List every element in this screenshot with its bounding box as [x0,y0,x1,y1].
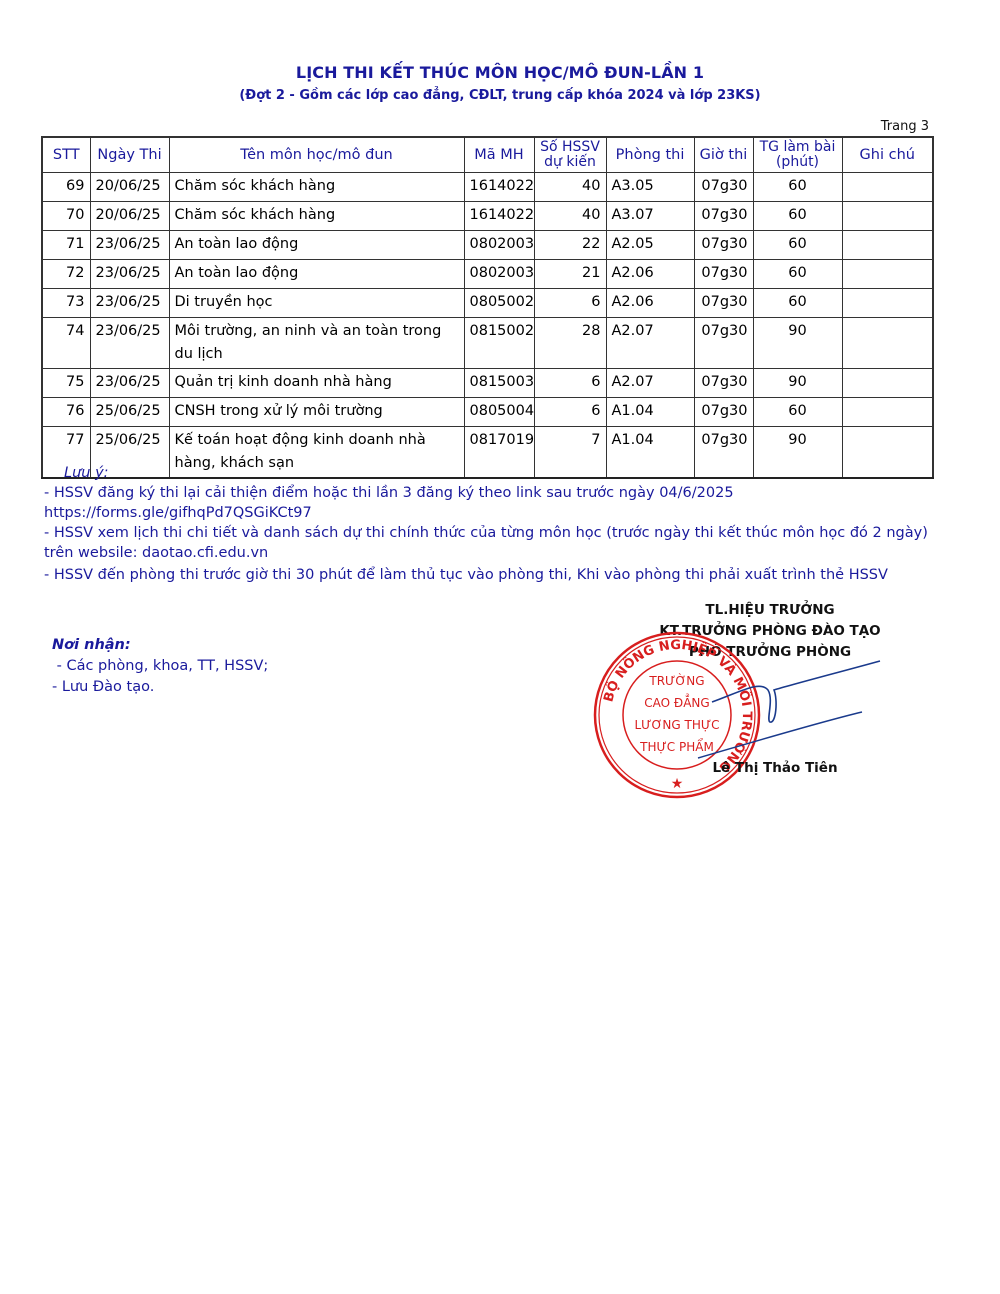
col-time: Giờ thi [694,137,753,173]
cell-duration: 60 [753,202,842,231]
recipients-section: Nơi nhận: - Các phòng, khoa, TT, HSSV; -… [52,635,268,698]
table-row: 7423/06/25Môi trường, an ninh và an toàn… [42,318,933,369]
cell-time: 07g30 [694,369,753,398]
cell-note [842,260,933,289]
cell-room: A2.05 [606,231,694,260]
cell-date: 23/06/25 [90,369,169,398]
col-room: Phòng thi [606,137,694,173]
notes-section: Lưu ý: - HSSV đăng ký thi lại cải thiện … [44,463,944,585]
cell-room: A3.07 [606,202,694,231]
svg-text:LƯƠNG THỰC: LƯƠNG THỰC [634,718,719,732]
cell-room: A2.07 [606,318,694,369]
cell-subject: An toàn lao động [169,231,464,260]
cell-students: 21 [534,260,606,289]
cell-subject: Chăm sóc khách hàng [169,202,464,231]
cell-date: 20/06/25 [90,173,169,202]
note-line-2: - HSSV xem lịch thi chi tiết và danh sác… [44,523,944,543]
cell-students: 40 [534,202,606,231]
cell-subject: An toàn lao động [169,260,464,289]
cell-stt: 71 [42,231,90,260]
note-line-3: - HSSV đến phòng thi trước giờ thi 30 ph… [44,565,944,585]
cell-stt: 72 [42,260,90,289]
note-line-1: - HSSV đăng ký thi lại cải thiện điểm ho… [44,483,944,503]
document-title: LỊCH THI KẾT THÚC MÔN HỌC/MÔ ĐUN-LẦN 1 [0,63,1000,82]
cell-subject: Môi trường, an ninh và an toàn trong du … [169,318,464,369]
cell-date: 25/06/25 [90,398,169,427]
cell-room: A1.04 [606,398,694,427]
cell-students: 28 [534,318,606,369]
cell-date: 23/06/25 [90,289,169,318]
recipient-item: - Các phòng, khoa, TT, HSSV; [52,656,268,677]
col-note: Ghi chú [842,137,933,173]
cell-students: 40 [534,173,606,202]
cell-duration: 60 [753,289,842,318]
registration-link[interactable]: https://forms.gle/gifhqPd7QSGiKCt97 [44,503,944,523]
cell-room: A2.07 [606,369,694,398]
cell-room: A2.06 [606,289,694,318]
col-duration: TG làm bài(phút) [753,137,842,173]
cell-students: 6 [534,369,606,398]
cell-time: 07g30 [694,260,753,289]
col-code: Mã MH [464,137,534,173]
cell-subject: Di truyền học [169,289,464,318]
cell-time: 07g30 [694,231,753,260]
cell-stt: 76 [42,398,90,427]
cell-subject: CNSH trong xử lý môi trường [169,398,464,427]
note-line-2-cont: trên websile: daotao.cfi.edu.vn [44,543,944,563]
cell-date: 23/06/25 [90,318,169,369]
cell-code: 0805004 [464,398,534,427]
cell-note [842,398,933,427]
signature-line-1: TL.HIỆU TRƯỞNG [620,600,920,621]
cell-room: A2.06 [606,260,694,289]
cell-code: 0805002 [464,289,534,318]
table-row: 7123/06/25An toàn lao động080200322A2.05… [42,231,933,260]
cell-date: 20/06/25 [90,202,169,231]
table-row: 7020/06/25Chăm sóc khách hàng161402240A3… [42,202,933,231]
cell-time: 07g30 [694,398,753,427]
table-row: 7625/06/25CNSH trong xử lý môi trường080… [42,398,933,427]
cell-note [842,369,933,398]
cell-duration: 60 [753,260,842,289]
cell-code: 1614022 [464,173,534,202]
cell-stt: 69 [42,173,90,202]
cell-code: 1614022 [464,202,534,231]
page-number: Trang 3 [881,119,929,134]
cell-duration: 60 [753,173,842,202]
cell-students: 22 [534,231,606,260]
svg-text:THỰC PHẨM: THỰC PHẨM [639,738,714,754]
cell-duration: 60 [753,398,842,427]
document-subtitle: (Đợt 2 - Gồm các lớp cao đẳng, CĐLT, tru… [0,88,1000,103]
cell-time: 07g30 [694,289,753,318]
table-row: 7523/06/25Quản trị kinh doanh nhà hàng08… [42,369,933,398]
cell-code: 0815002 [464,318,534,369]
cell-duration: 90 [753,369,842,398]
col-date: Ngày Thi [90,137,169,173]
cell-students: 6 [534,289,606,318]
table-row: 7323/06/25Di truyền học08050026A2.0607g3… [42,289,933,318]
notes-label: Lưu ý: [64,463,944,483]
cell-code: 0815003 [464,369,534,398]
exam-schedule-table: STT Ngày Thi Tên môn học/mô đun Mã MH Số… [41,136,934,479]
cell-duration: 60 [753,231,842,260]
cell-duration: 90 [753,318,842,369]
col-subject: Tên môn học/mô đun [169,137,464,173]
recipients-label: Nơi nhận: [52,635,268,656]
cell-stt: 73 [42,289,90,318]
table-row: 6920/06/25Chăm sóc khách hàng161402240A3… [42,173,933,202]
svg-text:TRƯỜNG: TRƯỜNG [648,673,704,688]
svg-text:CAO ĐẲNG: CAO ĐẲNG [644,693,709,710]
table-header-row: STT Ngày Thi Tên môn học/mô đun Mã MH Số… [42,137,933,173]
cell-date: 23/06/25 [90,260,169,289]
cell-code: 0802003 [464,260,534,289]
cell-subject: Quản trị kinh doanh nhà hàng [169,369,464,398]
cell-room: A3.05 [606,173,694,202]
cell-code: 0802003 [464,231,534,260]
cell-note [842,173,933,202]
cell-subject: Chăm sóc khách hàng [169,173,464,202]
cell-stt: 70 [42,202,90,231]
cell-time: 07g30 [694,318,753,369]
cell-note [842,318,933,369]
cell-note [842,202,933,231]
col-stt: STT [42,137,90,173]
cell-stt: 74 [42,318,90,369]
cell-students: 6 [534,398,606,427]
table-row: 7223/06/25An toàn lao động080200321A2.06… [42,260,933,289]
cell-date: 23/06/25 [90,231,169,260]
recipient-item: - Lưu Đào tạo. [52,677,268,698]
cell-note [842,231,933,260]
svg-text:★: ★ [671,776,684,792]
cell-time: 07g30 [694,173,753,202]
cell-time: 07g30 [694,202,753,231]
signer-name: Lê Thị Thảo Tiên [700,760,850,776]
col-students: Số HSSVdự kiến [534,137,606,173]
cell-stt: 75 [42,369,90,398]
cell-note [842,289,933,318]
